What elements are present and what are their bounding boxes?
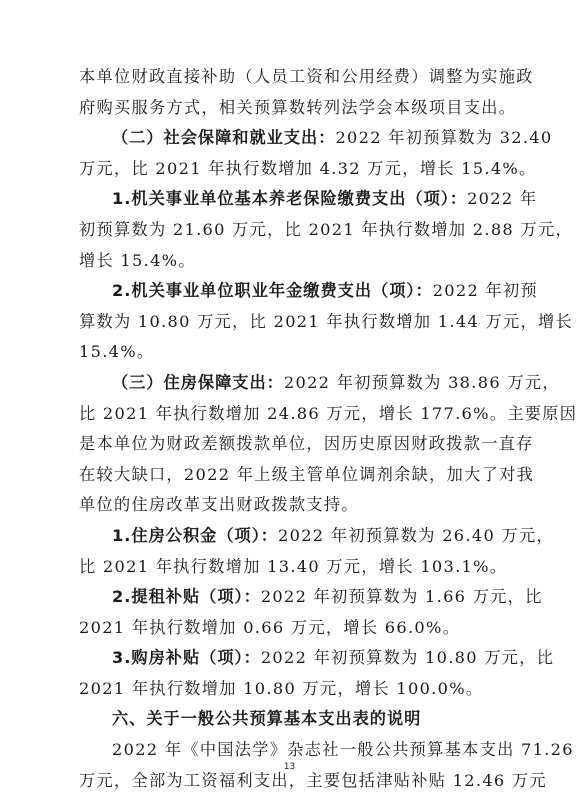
text-line: 是本单位为财政差额拨款单位，因历史原因财政拨款一直存 — [79, 429, 491, 460]
page-number: 13 — [0, 762, 579, 772]
text-line: 比 2021 年执行数增加 24.86 万元，增长 177.6%。主要原因 — [79, 399, 491, 430]
section-heading-six: 六、关于一般公共预算基本支出表的说明 — [79, 704, 491, 735]
section-heading-housing: （三）住房保障支出：2022 年初预算数为 38.86 万元， — [79, 368, 491, 399]
item-heading-purchase-subsidy: 3.购房补贴（项）：2022 年初预算数为 10.80 万元，比 — [79, 643, 491, 674]
item-heading-rent-subsidy: 2.提租补贴（项）：2022 年初预算数为 1.66 万元，比 — [79, 582, 491, 613]
section-heading-social-security: （二）社会保障和就业支出：2022 年初预算数为 32.40 — [79, 123, 491, 154]
item-heading-pension: 1.机关事业单位基本养老保险缴费支出（项）：2022 年 — [79, 184, 491, 215]
text-line: 府购买服务方式，相关预算数转列法学会本级项目支出。 — [79, 93, 491, 124]
text-line: 单位的住房改革支出财政拨款支持。 — [79, 490, 491, 521]
text-line: 2021 年执行数增加 0.66 万元，增长 66.0%。 — [79, 613, 491, 644]
text-line: 算数为 10.80 万元，比 2021 年执行数增加 1.44 万元，增长 — [79, 307, 491, 338]
text-line: 本单位财政直接补助（人员工资和公用经费）调整为实施政 — [79, 62, 491, 93]
text-line: 15.4%。 — [79, 337, 491, 368]
text-line: 比 2021 年执行数增加 13.40 万元，增长 103.1%。 — [79, 552, 491, 583]
item-heading-housing-fund: 1.住房公积金（项）：2022 年初预算数为 26.40 万元， — [79, 521, 491, 552]
document-page: 本单位财政直接补助（人员工资和公用经费）调整为实施政 府购买服务方式，相关预算数… — [79, 62, 491, 796]
item-heading-annuity: 2.机关事业单位职业年金缴费支出（项）：2022 年初预 — [79, 276, 491, 307]
text-line: 初预算数为 21.60 万元，比 2021 年执行数增加 2.88 万元， — [79, 215, 491, 246]
text-line: 万元，比 2021 年执行数增加 4.32 万元，增长 15.4%。 — [79, 154, 491, 185]
text-line: 增长 15.4%。 — [79, 246, 491, 277]
text-line: 在较大缺口，2022 年上级主管单位调剂余缺，加大了对我 — [79, 460, 491, 491]
text-line: 2021 年执行数增加 10.80 万元，增长 100.0%。 — [79, 674, 491, 705]
